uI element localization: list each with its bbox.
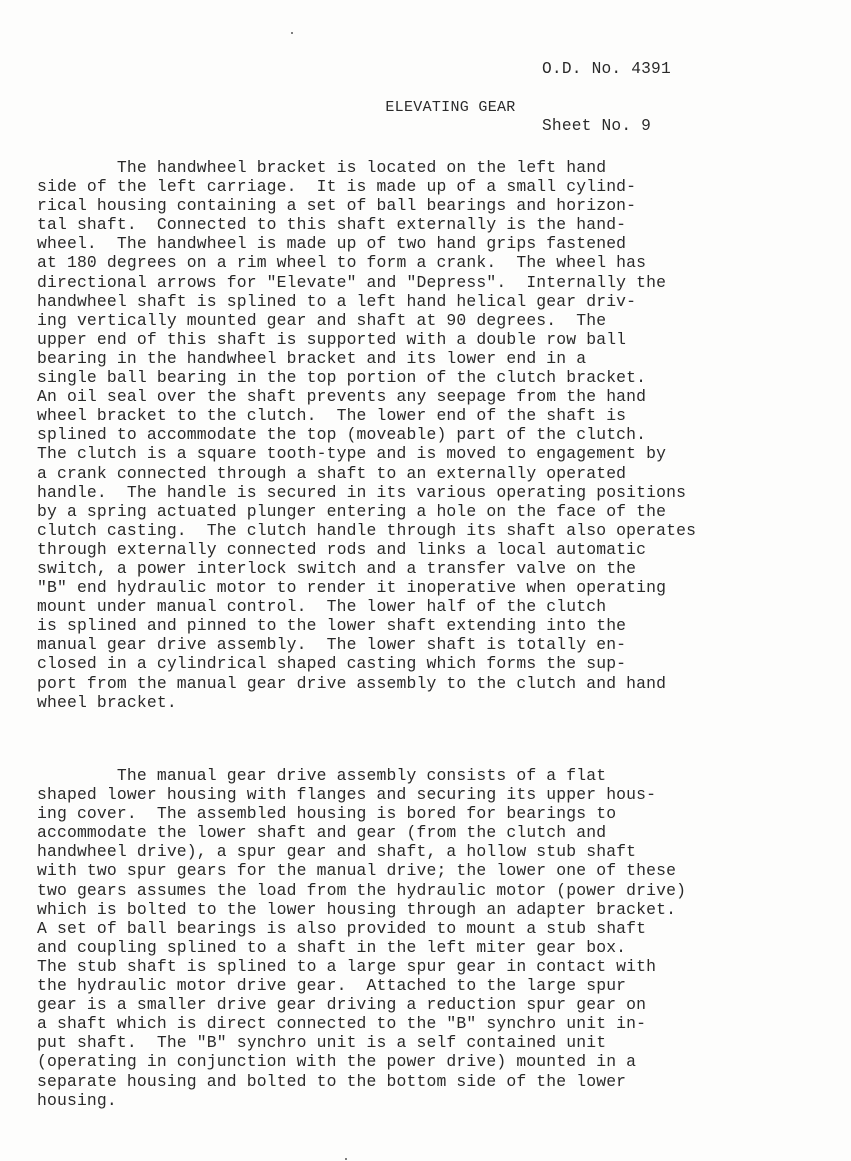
text-line: shaped lower housing with flanges and se…: [37, 785, 686, 804]
text-line: through externally connected rods and li…: [37, 540, 696, 559]
text-line: by a spring actuated plunger entering a …: [37, 502, 696, 521]
text-line: A set of ball bearings is also provided …: [37, 919, 686, 938]
text-line: clutch casting. The clutch handle throug…: [37, 521, 696, 540]
text-line: directional arrows for "Elevate" and "De…: [37, 273, 696, 292]
text-line: accommodate the lower shaft and gear (fr…: [37, 823, 686, 842]
document-reference: O.D. No. 4391 Sheet No. 9: [542, 22, 671, 174]
text-line: a shaft which is direct connected to the…: [37, 1014, 686, 1033]
text-line: put shaft. The "B" synchro unit is a sel…: [37, 1033, 686, 1052]
text-line: switch, a power interlock switch and a t…: [37, 559, 696, 578]
document-page: O.D. No. 4391 Sheet No. 9 ELEVATING GEAR…: [0, 0, 851, 1161]
text-line: and coupling splined to a shaft in the l…: [37, 938, 686, 957]
text-line: which is bolted to the lower housing thr…: [37, 900, 686, 919]
text-line: two gears assumes the load from the hydr…: [37, 881, 686, 900]
text-line: handwheel drive), a spur gear and shaft,…: [37, 842, 686, 861]
text-line: The stub shaft is splined to a large spu…: [37, 957, 686, 976]
od-number: O.D. No. 4391: [542, 60, 671, 79]
text-line: gear is a smaller drive gear driving a r…: [37, 995, 686, 1014]
text-line: The manual gear drive assembly consists …: [37, 766, 686, 785]
text-line: splined to accommodate the top (moveable…: [37, 425, 696, 444]
text-line: separate housing and bolted to the botto…: [37, 1072, 686, 1091]
text-line: port from the manual gear drive assembly…: [37, 674, 696, 693]
text-line: wheel bracket.: [37, 693, 696, 712]
text-line: ing cover. The assembled housing is bore…: [37, 804, 686, 823]
sheet-number: Sheet No. 9: [542, 117, 671, 136]
text-line: handle. The handle is secured in its var…: [37, 483, 696, 502]
text-line: mount under manual control. The lower ha…: [37, 597, 696, 616]
text-line: a crank connected through a shaft to an …: [37, 464, 696, 483]
paragraph-manual-gear-drive: The manual gear drive assembly consists …: [37, 766, 686, 1110]
page-title: ELEVATING GEAR: [0, 99, 851, 116]
scan-speck: [291, 32, 293, 34]
text-line: handwheel shaft is splined to a left han…: [37, 292, 696, 311]
text-line: bearing in the handwheel bracket and its…: [37, 349, 696, 368]
text-line: manual gear drive assembly. The lower sh…: [37, 635, 696, 654]
text-line: upper end of this shaft is supported wit…: [37, 330, 696, 349]
text-line: The handwheel bracket is located on the …: [37, 158, 696, 177]
text-line: "B" end hydraulic motor to render it ino…: [37, 578, 696, 597]
text-line: closed in a cylindrical shaped casting w…: [37, 654, 696, 673]
text-line: wheel bracket to the clutch. The lower e…: [37, 406, 696, 425]
text-line: with two spur gears for the manual drive…: [37, 861, 686, 880]
text-line: housing.: [37, 1091, 686, 1110]
text-line: side of the left carriage. It is made up…: [37, 177, 696, 196]
text-line: wheel. The handwheel is made up of two h…: [37, 234, 696, 253]
text-line: the hydraulic motor drive gear. Attached…: [37, 976, 686, 995]
paragraph-handwheel-bracket: The handwheel bracket is located on the …: [37, 158, 696, 712]
text-line: ing vertically mounted gear and shaft at…: [37, 311, 696, 330]
text-line: is splined and pinned to the lower shaft…: [37, 616, 696, 635]
text-line: (operating in conjunction with the power…: [37, 1052, 686, 1071]
text-line: rical housing containing a set of ball b…: [37, 196, 696, 215]
scan-speck: [345, 1158, 347, 1160]
text-line: tal shaft. Connected to this shaft exter…: [37, 215, 696, 234]
text-line: The clutch is a square tooth-type and is…: [37, 444, 696, 463]
text-line: at 180 degrees on a rim wheel to form a …: [37, 253, 696, 272]
text-line: An oil seal over the shaft prevents any …: [37, 387, 696, 406]
text-line: single ball bearing in the top portion o…: [37, 368, 696, 387]
